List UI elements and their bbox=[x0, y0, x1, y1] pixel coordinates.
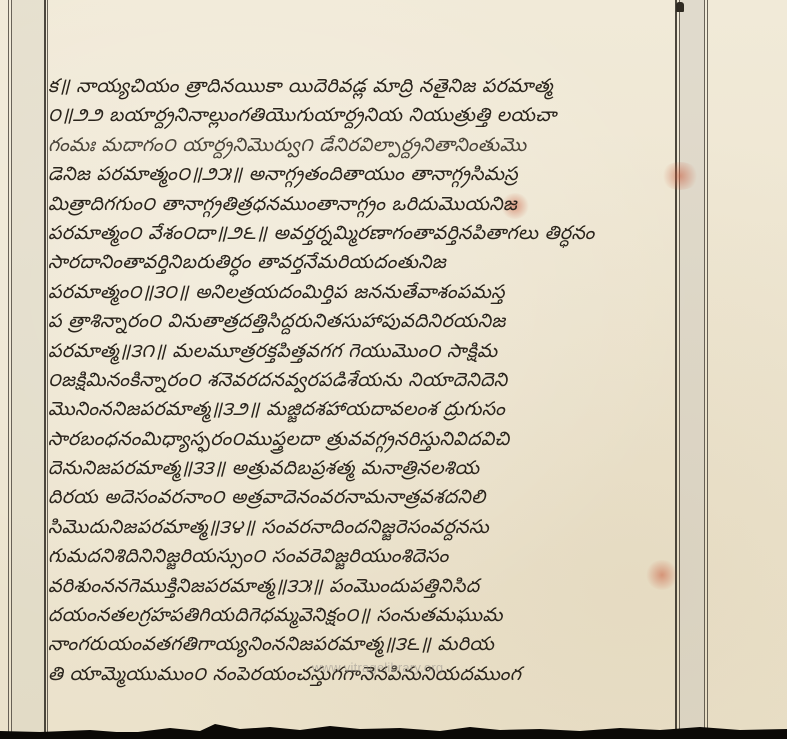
torn-paper-edge bbox=[0, 719, 787, 739]
manuscript-line: గుమదనిశిదినినిజ్జరియస్సుం౦ సంవరెవిజ్జరియ… bbox=[48, 542, 676, 571]
manuscript-line: గంమః మదాగం౦ యార్ద్రనిమొర్వు౧ డేనిరవిల్పా… bbox=[48, 131, 676, 160]
manuscript-line: పరమాత్మం౦ వేశం౦దా॥౨౬॥ అవర్తర్నమ్మిరణాగంత… bbox=[48, 219, 676, 248]
left-outer-rule-line bbox=[8, 0, 9, 732]
manuscript-line: దెనునిజపరమాత్మ॥౩౩॥ అత్రువదిబప్రశత్మ మనాత… bbox=[48, 454, 676, 483]
manuscript-line: సారదానింతావర్తినిబరుతిర్ధం తావర్తనేమరియద… bbox=[48, 248, 676, 277]
manuscript-line: వరిశుంననగెముక్తినిజపరమాత్మ॥౩౫॥ పంమొందుపత… bbox=[48, 572, 676, 601]
left-outer-rule-line-2 bbox=[11, 0, 12, 732]
manuscript-line: క॥ నాయ్యచియం త్రాదినయిుకా యిదెరివడ్ల మాద… bbox=[48, 72, 676, 101]
right-inner-rule-line-2 bbox=[679, 0, 680, 732]
manuscript-line: డెనిజ పరమాత్మం౦॥౨౫॥ అనాగ్గ్రతందితాయుం తా… bbox=[48, 160, 676, 189]
manuscript-line: పరమాత్మ॥౩౧॥ మలమూత్రరక్తపిత్తవగగ గెయుమొం౦… bbox=[48, 337, 676, 366]
left-margin-gutter bbox=[12, 0, 44, 732]
right-margin-gutter bbox=[680, 0, 704, 732]
manuscript-page: క॥ నాయ్యచియం త్రాదినయిుకా యిదెరివడ్ల మాద… bbox=[0, 0, 787, 732]
manuscript-line: పరమాత్మం౦॥౩౦॥ అనిలత్రయదంమిర్తిప జననుతేవా… bbox=[48, 278, 676, 307]
manuscript-line: దయంనతలగ్రహపతిగియదిగెధమ్మవెనిక్షం౦॥ సంనుత… bbox=[48, 601, 676, 630]
left-inner-rule-line bbox=[44, 0, 46, 732]
ink-blot-mark bbox=[676, 2, 684, 12]
right-outer-rule-line-2 bbox=[707, 0, 708, 732]
manuscript-line: సిమొదునిజపరమాత్మ॥౩౪॥ సంవరనాదిందనిజ్జరెసం… bbox=[48, 513, 676, 542]
manuscript-line: మిత్రాదిగగుం౦ తానాగ్గ్రతిత్రధనముంతానాగ్గ… bbox=[48, 190, 676, 219]
manuscript-line: ౦॥౨౨ బయార్ద్రనినాల్లుంగతియొగుయార్ద్రనియ … bbox=[48, 101, 676, 130]
manuscript-line: నాంగరుయంవతగతిగాయ్యనింననిజపరమాత్మ॥౩౬॥ మరి… bbox=[48, 630, 676, 659]
manuscript-line: సారబంధనంమిధ్యాస్ఫరం౦ముప్త్రలదా త్రువవగ్గ… bbox=[48, 425, 676, 454]
manuscript-line: ౦జక్షిమినంకిన్నారం౦ శనెవరదనవ్వరపడిశేయను … bbox=[48, 366, 676, 395]
manuscript-line: దిరయ అదెసంవరనాం౦ అత్రవాదెనంవరనామనాత్రవశద… bbox=[48, 483, 676, 512]
manuscript-line: ప త్రాశిన్నారం౦ వినుతాత్రదత్తిసిద్దరునిత… bbox=[48, 307, 676, 336]
manuscript-text-block: క॥ నాయ్యచియం త్రాదినయిుకా యిదెరివడ్ల మాద… bbox=[48, 72, 676, 689]
watermark-text: www.vitragelibrary.org bbox=[312, 660, 443, 675]
right-outer-rule-line bbox=[704, 0, 705, 732]
manuscript-line: మొనింననిజపరమాత్మ॥౩౨॥ మజ్జిదశహాయదావలంశ ద్… bbox=[48, 395, 676, 424]
